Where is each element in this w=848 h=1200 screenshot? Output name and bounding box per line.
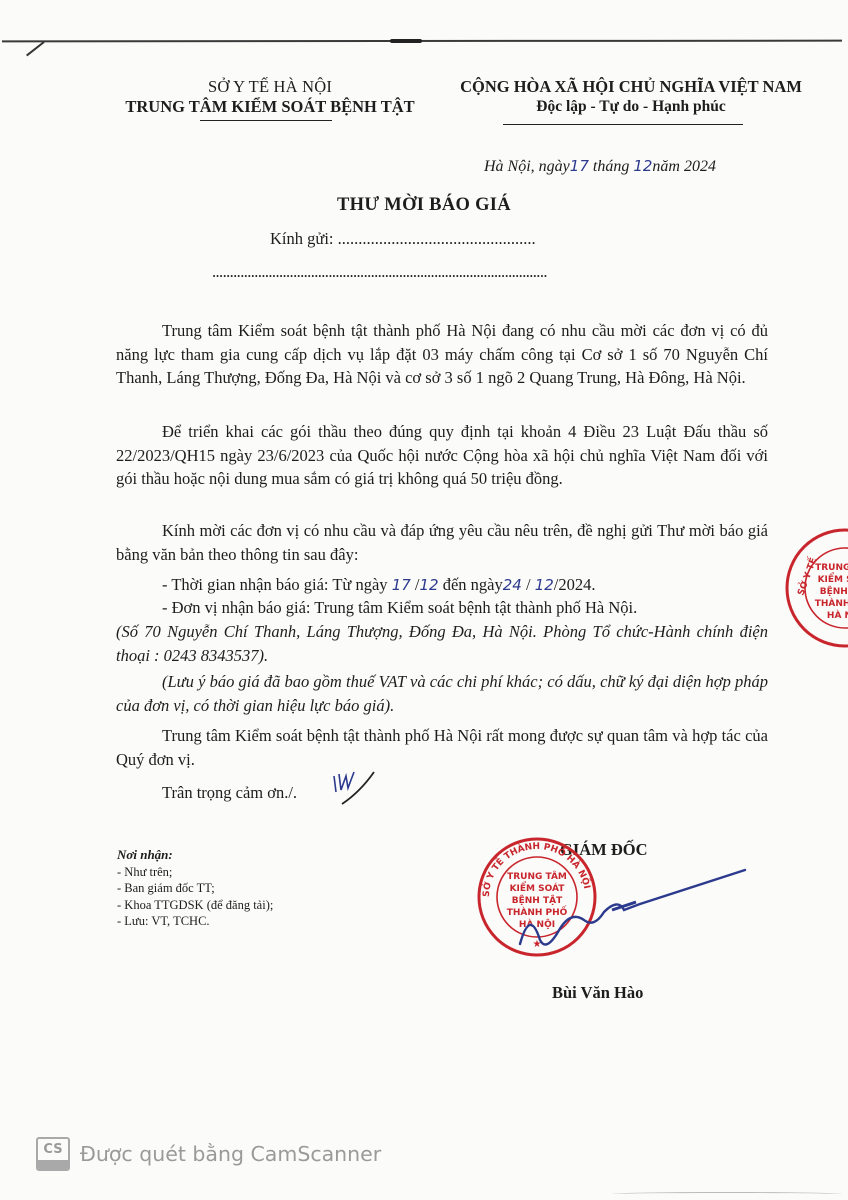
issuer-underline xyxy=(200,120,332,121)
svg-text:TRUNG TÂM: TRUNG TÂM xyxy=(815,561,848,573)
receiving-address: (Số 70 Nguyễn Chí Thanh, Láng Thượng, Đố… xyxy=(116,620,768,667)
handwritten-month: 12 xyxy=(633,157,652,175)
recipient-item: - Khoa TTGDSK (để đăng tải); xyxy=(117,897,273,914)
recipient-item: - Ban giám đốc TT; xyxy=(117,880,273,897)
time-suffix: /2024. xyxy=(554,575,596,594)
organization-name: TRUNG TÂM KIỂM SOÁT BỆNH TẬT xyxy=(100,97,440,117)
year-label: năm 2024 xyxy=(652,158,716,175)
issuer-header: SỞ Y TẾ HÀ NỘI TRUNG TÂM KIỂM SOÁT BỆNH … xyxy=(100,77,440,117)
time-prefix: - Thời gian nhận báo giá: Từ ngày xyxy=(162,575,392,594)
time-mid: đến ngày xyxy=(439,575,503,594)
scan-edge-line xyxy=(2,40,842,43)
handwritten-from-month: 12 xyxy=(420,576,439,594)
quotation-note: (Lưu ý báo giá đã bao gồm thuế VAT và cá… xyxy=(116,670,768,717)
document-title: THƯ MỜI BÁO GIÁ xyxy=(0,195,848,216)
svg-text:SỞ Y TẾ: SỞ Y TẾ xyxy=(794,555,820,597)
paragraph-legal-basis: Để triển khai các gói thầu theo đúng quy… xyxy=(116,420,768,491)
page-edge-stamp: TRUNG TÂM KIỂM SOÁT BỆNH TẬT THÀNH PHỐ H… xyxy=(783,526,848,650)
initials-mark xyxy=(330,762,380,807)
greeting-line: Kính gửi: ..............................… xyxy=(270,229,536,249)
country-name: CỘNG HÒA XÃ HỘI CHỦ NGHĨA VIỆT NAM xyxy=(440,77,822,97)
paragraph-intro: Trung tâm Kiểm soát bệnh tật thành phố H… xyxy=(116,319,768,390)
handwritten-to-month: 12 xyxy=(535,576,554,594)
greeting-label: Kính gửi: xyxy=(270,229,338,248)
svg-text:KIỂM SOÁT: KIỂM SOÁT xyxy=(818,572,848,585)
paragraph-thanks: Trung tâm Kiểm soát bệnh tật thành phố H… xyxy=(116,724,768,771)
recipients-list: Nơi nhận: - Như trên; - Ban giám đốc TT;… xyxy=(117,847,273,930)
scan-edge-blot xyxy=(390,39,422,43)
svg-text:THÀNH PHỐ: THÀNH PHỐ xyxy=(815,596,848,609)
recipients-heading: Nơi nhận: xyxy=(117,847,273,864)
recipient-item: - Như trên; xyxy=(117,864,273,881)
scan-edge-mark xyxy=(26,41,45,56)
motto-underline xyxy=(503,124,743,125)
recipient-item: - Lưu: VT, TCHC. xyxy=(117,913,273,930)
recipient-blank: ........................................… xyxy=(338,229,536,248)
handwritten-to-day: 24 xyxy=(503,576,522,594)
handwritten-from-day: 17 xyxy=(392,576,411,594)
svg-text:BỆNH TẬT: BỆNH TẬT xyxy=(820,586,848,597)
camscanner-logo-icon: CS xyxy=(36,1137,70,1171)
watermark-text: Được quét bằng CamScanner xyxy=(80,1142,381,1166)
recipient-blank-line2: ........................................… xyxy=(212,262,547,282)
handwritten-day: 17 xyxy=(570,157,589,175)
director-signature xyxy=(500,848,760,968)
svg-text:HÀ NỘI: HÀ NỘI xyxy=(827,609,848,621)
separator: / xyxy=(411,575,420,594)
national-motto: Độc lập - Tự do - Hạnh phúc xyxy=(440,97,822,117)
camscanner-watermark: CS Được quét bằng CamScanner xyxy=(36,1137,381,1171)
date-line: Hà Nội, ngày17 tháng 12năm 2024 xyxy=(484,157,716,176)
page-edge-curve xyxy=(612,1192,842,1196)
date-prefix: Hà Nội, ngày xyxy=(484,158,570,175)
department-name: SỞ Y TẾ HÀ NỘI xyxy=(100,77,440,97)
submission-time: - Thời gian nhận báo giá: Từ ngày 17 /12… xyxy=(116,573,814,598)
signer-name: Bùi Văn Hào xyxy=(552,983,643,1003)
month-label: tháng xyxy=(589,158,633,175)
closing-line: Trân trọng cảm ơn./. xyxy=(116,781,814,805)
separator: / xyxy=(522,575,535,594)
paragraph-invitation: Kính mời các đơn vị có nhu cầu và đáp ứn… xyxy=(116,519,768,566)
national-header: CỘNG HÒA XÃ HỘI CHỦ NGHĨA VIỆT NAM Độc l… xyxy=(440,77,822,117)
receiving-unit: - Đơn vị nhận báo giá: Trung tâm Kiểm so… xyxy=(116,596,814,620)
